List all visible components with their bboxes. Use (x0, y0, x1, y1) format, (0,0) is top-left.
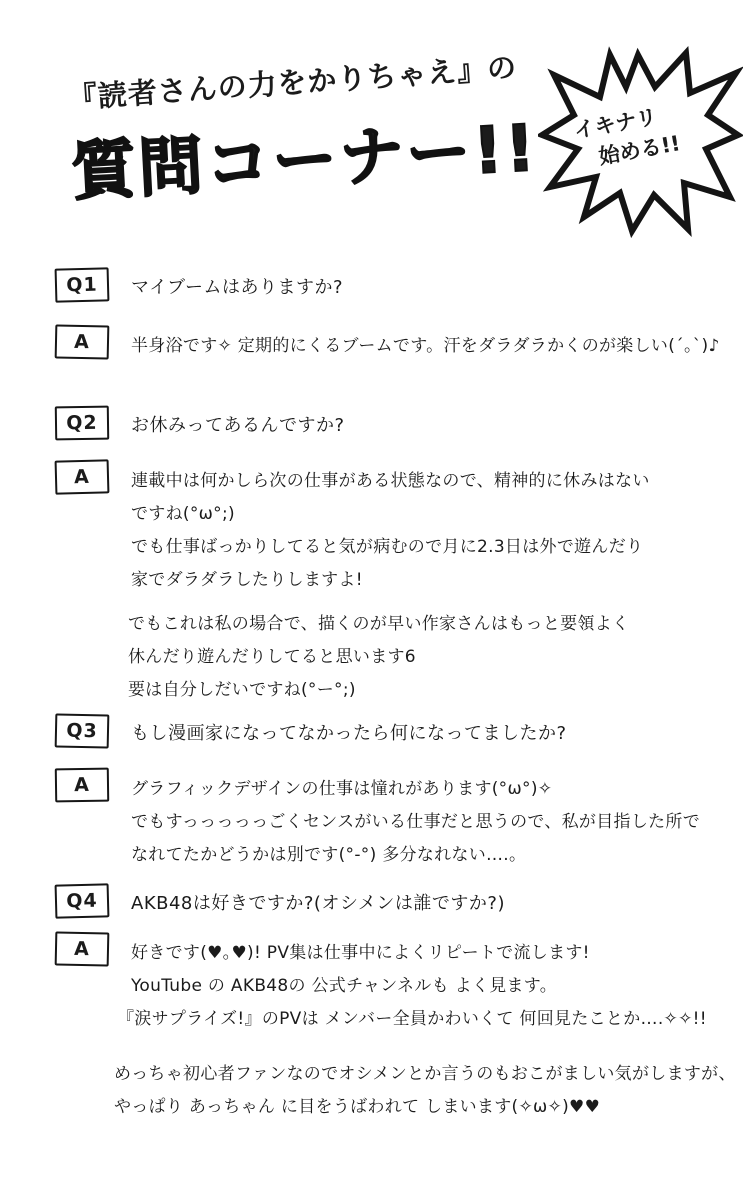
a1-row: A 半身浴です✧ 定期的にくるブームです。汗をダラダラかくのが楽しい(´｡`)♪ (55, 325, 720, 363)
a2-line: でもこれは私の場合で、描くのが早い作家さんはもっと要領よく (128, 608, 629, 641)
a2-badge: A (55, 459, 110, 494)
a2-line: 要は自分しだいですね(°ー°;) (128, 674, 629, 707)
q4-badge: Q4 (55, 883, 110, 918)
q1-question: マイブームはありますか? (131, 268, 343, 299)
a2-line: 休んだり遊んだりしてると思います6 (128, 641, 629, 674)
a3-line: でもすっっっっっごくセンスがいる仕事だと思うので、私が目指した所で (131, 806, 700, 839)
a2-line: 連載中は何かしら次の仕事がある状態なので、精神的に休みはない (131, 465, 650, 498)
a4-badge: A (55, 931, 110, 966)
a2-line: でも仕事ばっかりしてると気が病むので月に2.3日は外で遊んだり (131, 531, 650, 564)
a4-row: A 好きです(♥｡♥)! PV集は仕事中によくリピートで流します! YouTub… (55, 932, 707, 1036)
a2-row: A 連載中は何かしら次の仕事がある状態なので、精神的に休みはない ですね(°ω°… (55, 460, 650, 597)
a3-line: なれてたかどうかは別です(°-°) 多分なれない….。 (131, 839, 700, 872)
a3-row: A グラフィックデザインの仕事は憧れがあります(°ω°)✧ でもすっっっっっごく… (55, 768, 700, 872)
a1-answer: 半身浴です✧ 定期的にくるブームです。汗をダラダラかくのが楽しい(´｡`)♪ (131, 325, 720, 363)
a2-answer-paragraph-2: でもこれは私の場合で、描くのが早い作家さんはもっと要領よく 休んだり遊んだりして… (128, 608, 629, 707)
a4-line: 『涙サプライズ!』のPVは メンバー全員かわいくて 何回見たことか….✧✧!! (117, 1003, 707, 1036)
q3-question: もし漫画家になってなかったら何になってましたか? (131, 714, 567, 745)
starburst-callout: イキナリ 始める!! (538, 45, 743, 245)
q2-badge: Q2 (55, 406, 109, 441)
a2-line: 家でダラダラしたりしますよ! (131, 564, 650, 597)
a4-line: めっちゃ初心者ファンなのでオシメンとか言うのもおこがましい気がしますが、 (114, 1058, 736, 1091)
page-title: 質問コーナー!! (69, 97, 540, 213)
a4-answer-paragraph-2: めっちゃ初心者ファンなのでオシメンとか言うのもおこがましい気がしますが、 やっぱ… (114, 1058, 736, 1124)
q2-question: お休みってあるんですか? (131, 406, 345, 437)
a4-line: 好きです(♥｡♥)! PV集は仕事中によくリピートで流します! (131, 937, 707, 970)
a2-line: ですね(°ω°;) (131, 498, 650, 531)
page-title-block: 『読者さんの力をかりちゃえ』の 質問コーナー!! (67, 48, 540, 213)
q1-row: Q1 マイブームはありますか? (55, 268, 343, 302)
q4-row: Q4 AKB48は好きですか?(オシメンは誰ですか?) (55, 884, 505, 918)
a1-badge: A (55, 324, 110, 359)
q3-badge: Q3 (55, 713, 110, 748)
a3-line: グラフィックデザインの仕事は憧れがあります(°ω°)✧ (131, 773, 700, 806)
scanned-qa-page: 『読者さんの力をかりちゃえ』の 質問コーナー!! イキナリ 始める!! Q1 マ… (0, 0, 745, 1200)
a1-line: 半身浴です✧ 定期的にくるブームです。汗をダラダラかくのが楽しい(´｡`)♪ (131, 330, 720, 363)
q4-question: AKB48は好きですか?(オシメンは誰ですか?) (131, 884, 505, 915)
a2-answer-paragraph-1: 連載中は何かしら次の仕事がある状態なので、精神的に休みはない ですね(°ω°;)… (131, 460, 650, 597)
q2-row: Q2 お休みってあるんですか? (55, 406, 345, 440)
a3-badge: A (55, 768, 109, 803)
a4-line: やっぱり あっちゃん に目をうばわれて しまいます(✧ω✧)♥♥ (114, 1091, 736, 1124)
a4-answer-paragraph-1: 好きです(♥｡♥)! PV集は仕事中によくリピートで流します! YouTube … (131, 932, 707, 1036)
a4-line: YouTube の AKB48の 公式チャンネルも よく見ます。 (131, 970, 707, 1003)
q1-badge: Q1 (55, 267, 110, 302)
a3-answer: グラフィックデザインの仕事は憧れがあります(°ω°)✧ でもすっっっっっごくセン… (131, 768, 700, 872)
q3-row: Q3 もし漫画家になってなかったら何になってましたか? (55, 714, 567, 748)
